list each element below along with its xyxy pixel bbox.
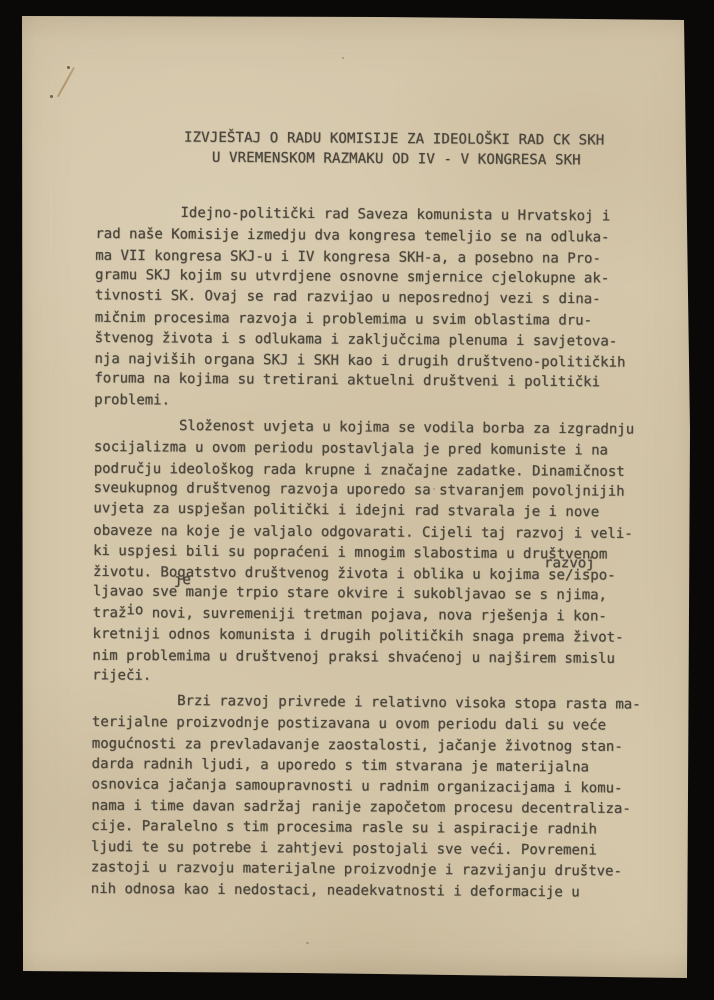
typed-insertion-above-line: razvoj [544,553,595,574]
typewritten-text: IZVJEŠTAJ O RADU KOMISIJE ZA IDEOLOŠKI R… [97,0,657,4]
paragraph: Složenost uvjeta u kojima se vodila borb… [92,416,654,690]
photo-background: IZVJEŠTAJ O RADU KOMISIJE ZA IDEOLOŠKI R… [0,0,714,1000]
document-title: IZVJEŠTAJ O RADU KOMISIJE ZA IDEOLOŠKI R… [96,128,656,171]
text-line: riječi. [92,665,652,690]
document-page: IZVJEŠTAJ O RADU KOMISIJE ZA IDEOLOŠKI R… [0,0,714,1000]
title-line-2: U VREMENSKOM RAZMAKU OD IV - V KONGRESA … [96,147,656,170]
paragraph: Brzi razvoj privrede i relativno visoka … [91,691,652,903]
text-line: problemi. [94,390,654,415]
paper-speck [306,942,309,944]
text-line: terijalne proizvodnje postizavana u ovom… [92,712,652,737]
paper-speck [342,57,344,59]
text-line: socijalizma u ovom periodu postavljala j… [94,437,654,462]
text-line: kretniji odnos komunista i drugih politi… [92,624,652,649]
paper-crease [57,67,75,98]
paper-speck [67,66,70,69]
paper-speck [50,95,53,98]
text-line: rad naše Komisije izmedju dva kongresa t… [95,224,655,249]
typed-insertion-above-line: je [174,570,191,591]
text-line: osnovica jačanja samoupravnosti u radnim… [91,774,651,799]
text-line: tivnosti SK. Ovaj se rad razvijao u nepo… [95,286,655,311]
text-line: uvjeta za uspješan politički i idejni ra… [93,498,653,523]
document-body: Idejno-politički rad Saveza komunista u … [91,203,656,908]
raised-typed-correction: io [126,602,143,618]
text-line: nih odnosa kao i nedostaci, neadekvatnos… [91,878,651,903]
paragraph: Idejno-politički rad Saveza komunista u … [94,203,655,415]
